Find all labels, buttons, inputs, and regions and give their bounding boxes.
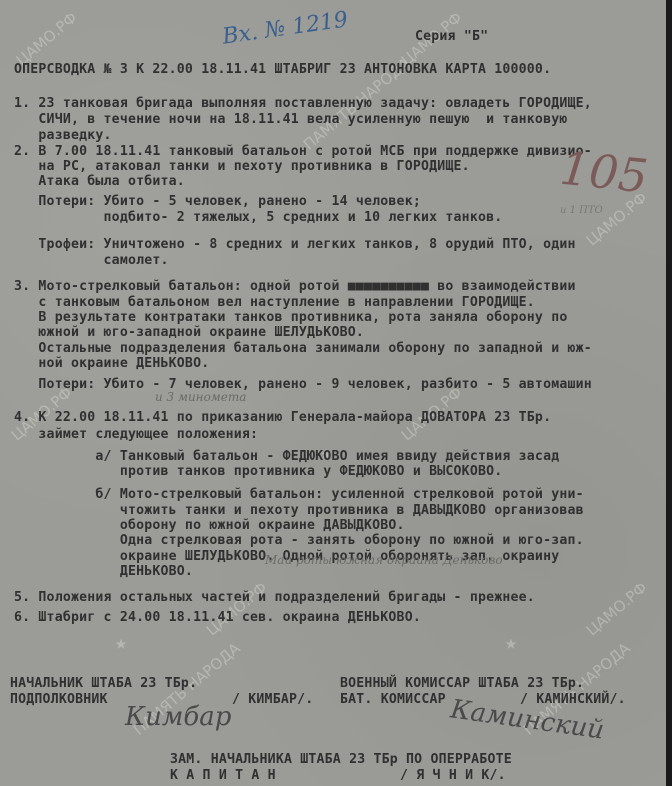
document-header: ОПЕРСВОДКА № 3 К 22.00 18.11.41 ШТАБРИГ … [14,62,551,78]
text-line: Остальные подразделения батальона занима… [14,341,592,357]
left-signer-rank: ПОДПОЛКОВНИК [10,692,108,708]
text-line: 4. К 22.00 18.11.41 по приказанию Генера… [14,410,551,426]
text-line: на РС, атаковал танки и пехоту противник… [14,159,470,175]
text-line: 2. В 7.00 18.11.41 танковый батальон с р… [14,144,592,160]
series-label: Серия "Б" [415,29,488,45]
text-line: подбито- 2 тяжелых, 5 средних и 10 легки… [14,210,502,226]
folio-number-handwritten: 105 [557,141,650,204]
left-signer-name: / КИМБАР/. [232,692,313,708]
handwritten-note-margin: Маи роты южная окраина Деньково [265,553,503,567]
right-signer-rank: БАТ. КОМИССАР [340,692,446,708]
text-line: разведку. [14,128,112,144]
scan-edge [666,0,672,786]
text-line: СИЧИ, в течение ночи на 18.11.41 вела ус… [14,112,568,128]
watermark: ЦАМО.РФ [583,579,651,640]
text-line: оборону по южной окраине ДАВЫДКОВО. [14,518,405,534]
left-signer-title: НАЧАЛЬНИК ШТАБА 23 ТБр. [10,676,197,692]
text-line: против танков противника у ФЕДЮКОВО и ВЫ… [14,464,502,480]
star-icon: ★ [505,630,517,654]
text-line: Потери: Убито - 5 человек, ранено - 14 ч… [14,194,421,210]
watermark: ЦАМО.РФ [203,579,271,640]
text-line: 1. 23 танковая бригада выполняя поставле… [14,96,592,112]
text-line: южной и юго-западной окраине ШЕЛУДЬКОВО. [14,325,364,341]
left-signature: Кимбар [125,702,231,732]
incoming-number-handwritten: Вх. № 1219 [221,7,350,49]
right-signer-title: ВОЕННЫЙ КОМИССАР ШТАБА 23 ТБр. [340,676,584,692]
text-line: 5. Положения остальных частей и подразде… [14,590,535,606]
text-line: Трофеи: Уничтожено - 8 средних и легких … [14,237,576,253]
text-line: с танковым батальоном вел наступление в … [14,295,535,311]
text-line: В результате контратаки танков противник… [14,310,568,326]
text-line: а/ Танковый батальон - ФЕДЮКОВО имея вви… [14,449,559,465]
star-icon: ★ [115,630,127,654]
text-line: чтожить танки и пехоту противника в ДАВЫ… [14,503,584,519]
text-line: самолет. [14,253,169,269]
text-line: ной окраине ДЕНЬКОВО. [14,356,209,372]
text-line: б/ Мото-стрелковый батальон: усиленной с… [14,487,584,503]
watermark: ЦАМО.РФ [13,9,81,70]
text-line: Одна стрелковая рота - занять оборону по… [14,533,584,549]
text-line: Атака была отбита. [14,174,185,190]
bottom-signer-name: / Я Ч Н И К/. [400,768,506,784]
text-line: 6. Штабриг с 24.00 18.11.41 сев. окраина… [14,610,421,626]
handwritten-note-losses: и 3 миномета [155,390,246,404]
text-line: ДЕНЬКОВО. [14,564,193,580]
bottom-signer-rank: К А П И Т А Н [170,768,276,784]
text-line: Потери: Убито - 7 человек, ранено - 9 че… [14,377,592,393]
bottom-signer-title: ЗАМ. НАЧАЛЬНИКА ШТАБА 23 ТБр ПО ОПЕРРАБО… [170,752,512,768]
text-line: 3. Мото-стрелковый батальон: одной ротой… [14,279,576,295]
handwritten-faint-note: и 1 ПТО [560,205,603,216]
text-line: займет следующее положения: [14,427,258,443]
